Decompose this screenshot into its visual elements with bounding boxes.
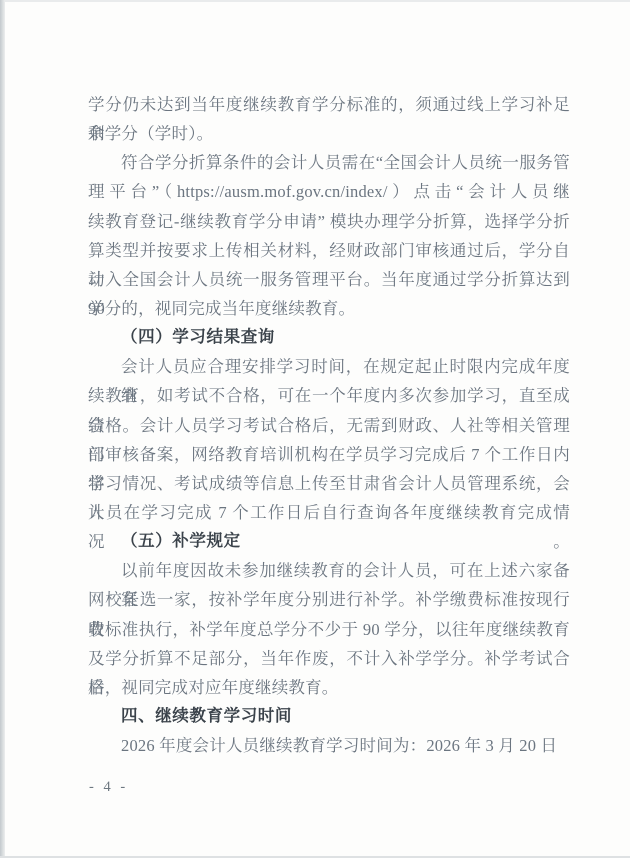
document-body: 学分仍未达到当年度继续教育学分标准的，须通过线上学习补足剩余学分（学时）。符合学…: [88, 90, 570, 760]
text-line: 会计人员应合理安排学习时间，在规定起止时限内完成年度继: [88, 352, 570, 381]
text-line: 学分的，视同完成当年度继续教育。: [88, 294, 570, 323]
text-line: 费标准执行，补学年度总学分不少于 90 学分，以往年度继续教育: [88, 615, 570, 644]
text-line: 理平台”（https://ausm.mof.gov.cn/index/）点击“会…: [88, 177, 570, 206]
text-line: 学习情况、考试成绩等信息上传至甘肃省会计人员管理系统，会计: [88, 469, 570, 498]
text-line: 以前年度因故未参加继续教育的会计人员，可在上述六家备案: [88, 556, 570, 585]
text-line: 2026 年度会计人员继续教育学习时间为：2026 年 3 月 20 日: [88, 731, 570, 760]
text-line: 学分仍未达到当年度继续教育学分标准的，须通过线上学习补足剩: [88, 90, 570, 119]
text-line: 符合学分折算条件的会计人员需在“全国会计人员统一服务管: [88, 148, 570, 177]
text-line: 续教育登记-继续教育学分申请” 模块办理学分折算，选择学分折: [88, 207, 570, 236]
document-page: 学分仍未达到当年度继续教育学分标准的，须通过线上学习补足剩余学分（学时）。符合学…: [0, 0, 630, 858]
text-line: 及学分折算不足部分，当年作废，不计入补学学分。补学考试合格: [88, 644, 570, 673]
text-line: 续教育，如考试不合格，可在一个年度内多次参加学习，直至成绩: [88, 381, 570, 410]
text-line: 合格。会计人员学习考试合格后，无需到财政、人社等相关管理部: [88, 411, 570, 440]
text-line: 门审核备案，网络教育培训机构在学员学习完成后 7 个工作日内将: [88, 440, 570, 469]
text-line: 后，视同完成对应年度继续教育。: [88, 673, 570, 702]
text-line: 算类型并按要求上传相关材料，经财政部门审核通过后，学分自动: [88, 236, 570, 265]
text-line: 计入全国会计人员统一服务管理平台。当年度通过学分折算达到 90: [88, 265, 570, 294]
scan-edge-top: [0, 0, 630, 2]
heading-line: 四、继续教育学习时间: [88, 702, 570, 731]
page-number: - 4 -: [89, 779, 128, 796]
scan-edge-left: [0, 0, 5, 858]
text-line: 余学分（学时）。: [88, 119, 570, 148]
text-line: 人员在学习完成 7 个工作日后自行查询各年度继续教育完成情况。: [88, 498, 570, 527]
heading-line: （四）学习结果查询: [88, 323, 570, 352]
text-line: 网校任选一家，按补学年度分别进行补学。补学缴费标准按现行收: [88, 585, 570, 614]
